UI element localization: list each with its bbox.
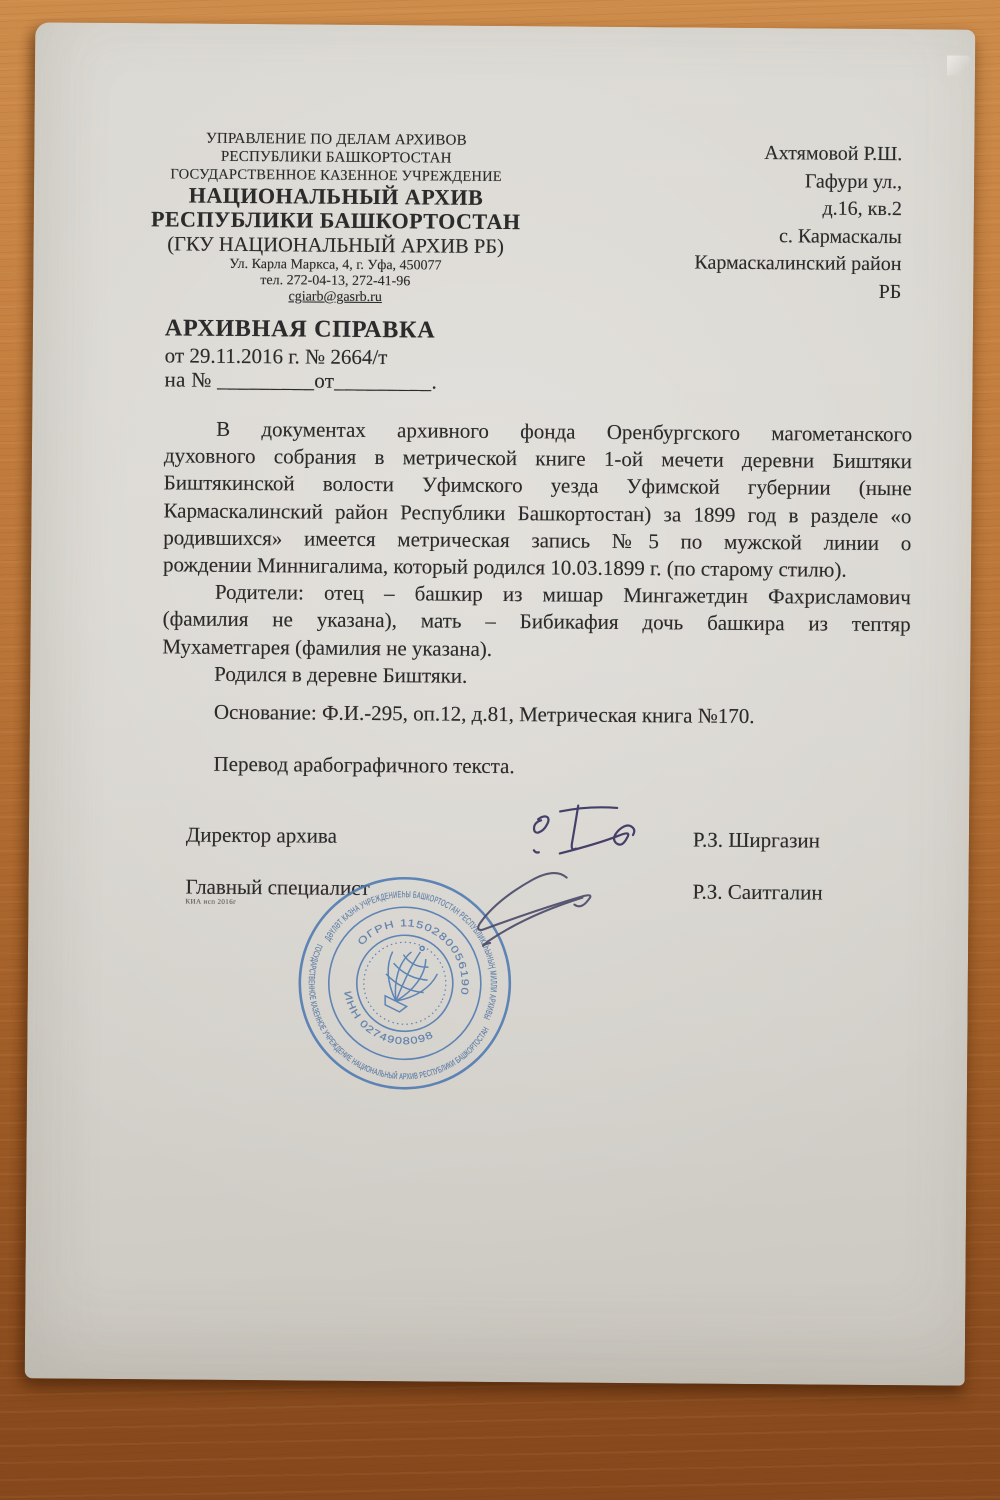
document-title: АРХИВНАЯ СПРАВКА (165, 315, 436, 344)
signature-name-director: Р.З. Ширгазин (693, 828, 820, 854)
bashkortostan-emblem-icon (370, 935, 445, 1019)
recipient-house: д.16, кв.2 (572, 194, 902, 224)
clerk-note: КИА исп 2016г (185, 898, 236, 906)
org-name-line-2: РЕСПУБЛИКИ БАШКОРТОСТАН (150, 207, 522, 234)
signature-name-specialist: Р.З. Саитгалин (692, 880, 822, 906)
signature-role-director: Директор архива (186, 823, 337, 849)
recipient-region: РБ (571, 276, 901, 306)
letterhead: УПРАВЛЕНИЕ ПО ДЕЛАМ АРХИВОВ РЕСПУБЛИКИ Б… (149, 129, 522, 307)
desk-background: { "colors": { "wood_top": "#cd8c4a", "wo… (0, 0, 1000, 1500)
recipient-block: Ахтямовой Р.Ш. Гафури ул., д.16, кв.2 с.… (571, 139, 902, 307)
letterhead-line-1: УПРАВЛЕНИЕ ПО ДЕЛАМ АРХИВОВ (150, 129, 522, 150)
director-signature-icon (534, 805, 635, 854)
paper-corner-fold (947, 55, 973, 75)
recipient-name: Ахтямовой Р.Ш. (572, 139, 902, 169)
recipient-district: Кармаскалинский район (571, 249, 901, 279)
document-date-number: от 29.11.2016 г. № 2664/т (165, 343, 388, 370)
svg-text:ОГРН 1150280056190: ОГРН 1150280056190 (354, 897, 490, 999)
body-line: Родился в деревне Биштяки. (162, 660, 910, 693)
recipient-village: с. Кармаскалы (572, 221, 902, 251)
basis-line: Основание: Ф.И.-295, оп.12, д.81, Метрич… (162, 699, 910, 730)
stamp-ogrn-text: ОГРН 1150280056190 (354, 897, 490, 999)
translation-note: Перевод арабографичного текста. (161, 751, 909, 782)
org-email: cgiarb@gasrb.ru (149, 288, 521, 307)
recipient-street: Гафури ул., (572, 166, 902, 196)
stamp-middle-ring (303, 881, 507, 1085)
org-abbreviation: (ГКУ НАЦИОНАЛЬНЫЙ АРХИВ РБ) (150, 232, 522, 259)
document-body: В документах архивного фонда Оренбургско… (162, 415, 912, 693)
document-paper: УПРАВЛЕНИЕ ПО ДЕЛАМ АРХИВОВ РЕСПУБЛИКИ Б… (25, 22, 976, 1385)
document-reference-line: на № _________от_________. (164, 367, 437, 394)
